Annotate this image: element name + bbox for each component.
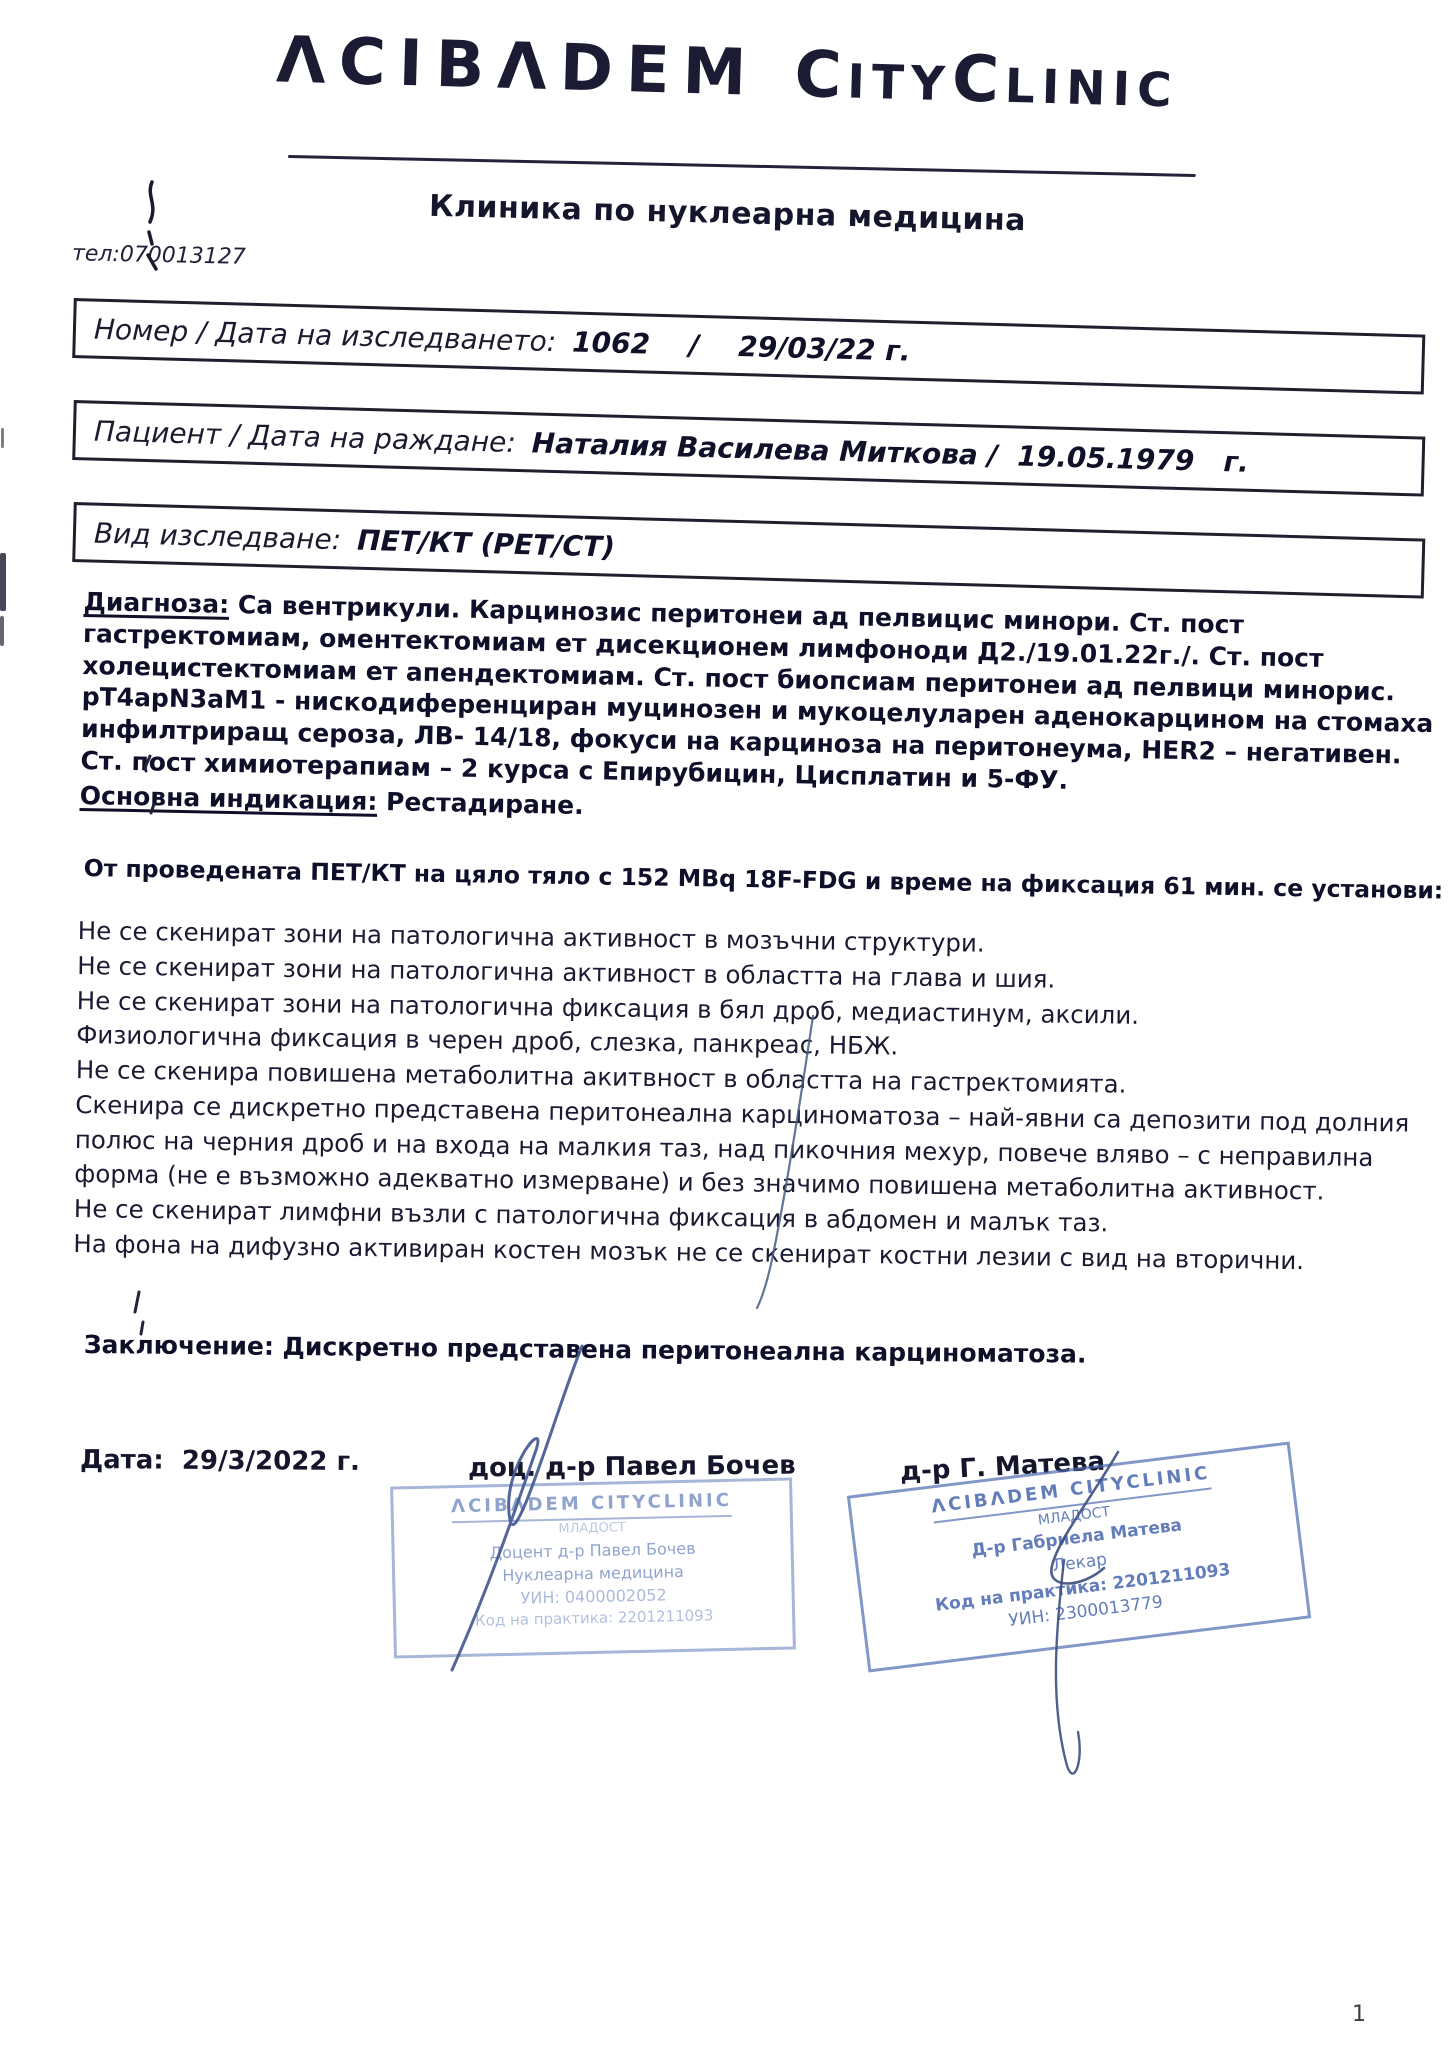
scan-artifact xyxy=(0,553,6,611)
logo-c2: C xyxy=(951,42,1006,117)
findings-section: Не се скенират зони на патологична актив… xyxy=(73,914,1455,1281)
field-patient-birthdate: Пациент / Дата на раждане: Наталия Васил… xyxy=(72,400,1425,497)
field-exam-type: Вид изследване: ПЕТ/КТ (PET/CT) xyxy=(72,502,1425,599)
diagnosis-section: Диагноза: Са вентрикули. Карцинозис пери… xyxy=(79,586,1435,838)
date-value: 29/3/2022 г. xyxy=(164,1446,360,1477)
conclusion-text: Дискретно представена перитонеална карци… xyxy=(274,1332,1087,1369)
field-label: Вид изследване: xyxy=(94,516,342,556)
page-number: 1 xyxy=(1352,2002,1366,2027)
field-label: Номер / Дата на изследването: xyxy=(94,312,557,357)
logo-linic: LINIC xyxy=(1004,59,1179,119)
field-label: Пациент / Дата на раждане: xyxy=(94,414,517,458)
logo-c1: C xyxy=(794,38,849,113)
logo-ity: ITY xyxy=(847,54,953,112)
conclusion-line: Заключение: Дискретно представена перито… xyxy=(84,1330,1384,1371)
date-label: Дата: xyxy=(80,1445,164,1476)
logo-acibadem: ΛCIBΛDEM xyxy=(275,23,760,110)
field-exam-number-date: Номер / Дата на изследването: 1062 / 29/… xyxy=(72,298,1425,395)
scan-artifact xyxy=(1,428,4,448)
scan-artifact xyxy=(0,616,4,646)
diagnosis-text: Са вентрикули. Карцинозис перитонеи ад п… xyxy=(80,590,1433,795)
conclusion-label: Заключение: xyxy=(84,1330,274,1361)
field-value: Наталия Василева Миткова / 19.05.1979 г. xyxy=(531,426,1249,478)
clinic-logo: ΛCIBΛDEM CITYCLINIC xyxy=(0,16,1455,131)
procedure-summary: От проведената ПЕТ/КТ на цяло тяло с 152… xyxy=(84,854,1444,905)
field-value: 1062 / 29/03/22 г. xyxy=(572,325,911,367)
scanned-report-page: ΛCIBΛDEM CITYCLINIC Клиника по нуклеарна… xyxy=(0,0,1455,2048)
indication-label: Основна индикация: xyxy=(80,780,378,815)
phone-number: тел:070013127 xyxy=(72,241,246,270)
logo-underline xyxy=(288,155,1196,177)
field-value: ПЕТ/КТ (PET/CT) xyxy=(357,523,616,563)
diagnosis-paragraph: Диагноза: Са вентрикули. Карцинозис пери… xyxy=(80,586,1436,804)
ink-mark-above-conclusion xyxy=(135,1292,143,1334)
report-date: Дата: 29/3/2022 г. xyxy=(80,1445,360,1477)
indication-text: Рестадиране. xyxy=(377,786,584,819)
clinic-title: Клиника по нуклеарна медицина xyxy=(0,178,1455,249)
finding-line: Скенира се дискретно представена перитон… xyxy=(74,1088,1455,1212)
diagnosis-label: Диагноза: xyxy=(83,587,229,619)
stamp-pavel-bochev: ΛCIBΛDEM CITYCLINIC МЛАДОСТ Доцент д-р П… xyxy=(390,1477,796,1658)
